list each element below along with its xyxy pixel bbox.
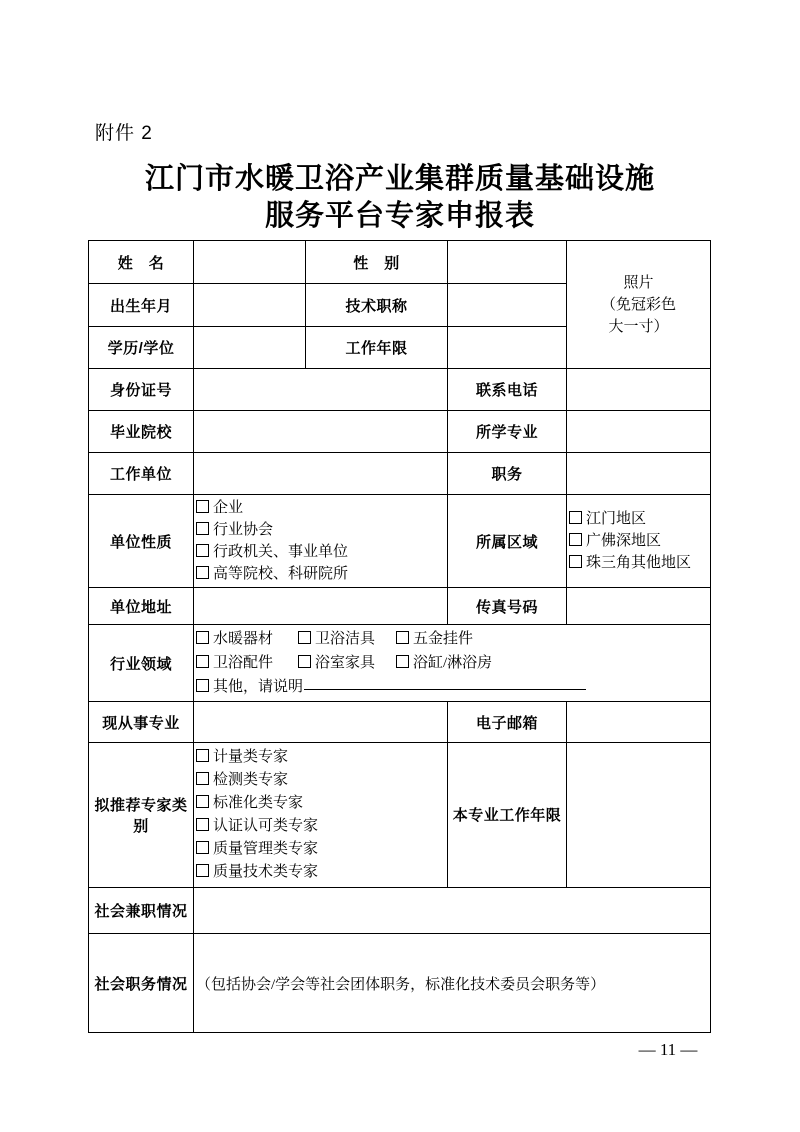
table-row: 单位地址 传真号码 [89, 588, 711, 625]
checkbox-icon [196, 795, 209, 808]
checkbox-option: 珠三角其他地区 [569, 552, 708, 574]
school-value [194, 411, 448, 453]
checkbox-icon [569, 555, 582, 568]
checkbox-icon [196, 544, 209, 557]
tech-title-label: 技术职称 [306, 284, 448, 327]
option-label: 其他，请说明 [213, 679, 303, 695]
checkbox-option: 卫浴配件 [196, 651, 298, 675]
option-label: 卫浴洁具 [315, 631, 375, 647]
checkbox-icon [196, 631, 209, 644]
application-form-table: 姓 名 性 别 照片 （免冠彩色 大一寸） 出生年月 技术职称 学历/学位 工作… [88, 240, 711, 1033]
checkbox-icon [196, 500, 209, 513]
id-number-label: 身份证号 [89, 369, 194, 411]
checkbox-option: 卫浴洁具 [298, 627, 396, 651]
industry-label: 行业领域 [89, 625, 194, 702]
checkbox-icon [396, 631, 409, 644]
industry-options: 水暖器材 卫浴洁具 五金挂件 卫浴配件 浴室家具 浴缸/淋浴房 其他，请说明 [194, 625, 711, 702]
industry-options-row2: 卫浴配件 浴室家具 浴缸/淋浴房 [196, 651, 708, 675]
document-page: 附件 2 江门市水暖卫浴产业集群质量基础设施 服务平台专家申报表 姓 名 性 别… [0, 0, 800, 1132]
table-row: 毕业院校 所学专业 [89, 411, 711, 453]
checkbox-icon [196, 749, 209, 762]
email-label: 电子邮箱 [448, 702, 567, 743]
checkbox-icon [298, 655, 311, 668]
checkbox-option: 行业协会 [196, 519, 445, 541]
attachment-label: 附件 2 [95, 118, 153, 145]
social-parttime-value [194, 888, 711, 934]
checkbox-icon [298, 631, 311, 644]
photo-note: 照片 （免冠彩色 大一寸） [569, 272, 708, 338]
option-label: 标准化类专家 [213, 795, 303, 811]
checkbox-option: 其他，请说明 [196, 675, 303, 699]
table-row: 姓 名 性 别 照片 （免冠彩色 大一寸） [89, 241, 711, 284]
table-row: 工作单位 职务 [89, 453, 711, 495]
form-title-line1: 江门市水暖卫浴产业集群质量基础设施 [0, 161, 800, 198]
unit-nature-options: 企业 行业协会 行政机关、事业单位 高等院校、科研院所 [194, 495, 448, 588]
major-work-years-value [567, 743, 711, 888]
photo-note-line1: 照片 [569, 272, 708, 294]
checkbox-option: 标准化类专家 [196, 792, 445, 815]
table-row: 身份证号 联系电话 [89, 369, 711, 411]
option-label: 检测类专家 [213, 772, 288, 788]
checkbox-icon [196, 864, 209, 877]
social-parttime-label: 社会兼职情况 [89, 888, 194, 934]
option-label: 企业 [213, 500, 243, 516]
option-label: 认证认可类专家 [213, 818, 318, 834]
table-row: 现从事专业 电子邮箱 [89, 702, 711, 743]
option-label: 浴室家具 [315, 655, 375, 671]
fill-in-line [304, 675, 586, 690]
checkbox-option: 认证认可类专家 [196, 815, 445, 838]
unit-nature-label: 单位性质 [89, 495, 194, 588]
region-options: 江门地区 广佛深地区 珠三角其他地区 [567, 495, 711, 588]
major-label: 所学专业 [448, 411, 567, 453]
table-row: 社会兼职情况 [89, 888, 711, 934]
gender-value [448, 241, 567, 284]
checkbox-option: 企业 [196, 497, 445, 519]
table-row: 单位性质 企业 行业协会 行政机关、事业单位 高等院校、科研院所 所属区域 江门… [89, 495, 711, 588]
option-label: 行政机关、事业单位 [213, 544, 348, 560]
social-position-note: （包括协会/学会等社会团体职务，标准化技术委员会职务等） [196, 977, 605, 993]
education-label: 学历/学位 [89, 327, 194, 369]
checkbox-icon [196, 818, 209, 831]
checkbox-option: 浴缸/淋浴房 [396, 651, 492, 675]
checkbox-icon [396, 655, 409, 668]
social-position-note-cell: （包括协会/学会等社会团体职务，标准化技术委员会职务等） [194, 934, 711, 1033]
phone-label: 联系电话 [448, 369, 567, 411]
photo-note-line3: 大一寸） [569, 316, 708, 338]
birth-value [194, 284, 306, 327]
current-major-value [194, 702, 448, 743]
checkbox-icon [196, 679, 209, 692]
photo-cell: 照片 （免冠彩色 大一寸） [567, 241, 711, 369]
employer-value [194, 453, 448, 495]
checkbox-icon [196, 522, 209, 535]
birth-label: 出生年月 [89, 284, 194, 327]
id-number-value [194, 369, 448, 411]
checkbox-option: 江门地区 [569, 508, 708, 530]
fax-label: 传真号码 [448, 588, 567, 625]
phone-value [567, 369, 711, 411]
option-label: 计量类专家 [213, 749, 288, 765]
checkbox-option: 浴室家具 [298, 651, 396, 675]
option-label: 高等院校、科研院所 [213, 566, 348, 582]
unit-address-label: 单位地址 [89, 588, 194, 625]
form-title-line2: 服务平台专家申报表 [0, 198, 800, 235]
option-label: 江门地区 [586, 511, 646, 527]
form-title: 江门市水暖卫浴产业集群质量基础设施 服务平台专家申报表 [0, 161, 800, 235]
position-value [567, 453, 711, 495]
employer-label: 工作单位 [89, 453, 194, 495]
page-number: — 11 — [628, 1040, 708, 1060]
industry-other-row: 其他，请说明 [196, 675, 708, 699]
work-years-value [448, 327, 567, 369]
checkbox-option: 检测类专家 [196, 769, 445, 792]
checkbox-icon [196, 841, 209, 854]
option-label: 卫浴配件 [213, 655, 273, 671]
checkbox-option: 高等院校、科研院所 [196, 563, 445, 585]
table-row: 社会职务情况 （包括协会/学会等社会团体职务，标准化技术委员会职务等） [89, 934, 711, 1033]
gender-label: 性 别 [306, 241, 448, 284]
industry-options-row1: 水暖器材 卫浴洁具 五金挂件 [196, 627, 708, 651]
expert-category-options: 计量类专家 检测类专家 标准化类专家 认证认可类专家 质量管理类专家 质量技术类… [194, 743, 448, 888]
major-work-years-label: 本专业工作年限 [448, 743, 567, 888]
checkbox-option: 计量类专家 [196, 746, 445, 769]
position-label: 职务 [448, 453, 567, 495]
work-years-label: 工作年限 [306, 327, 448, 369]
checkbox-option: 广佛深地区 [569, 530, 708, 552]
current-major-label: 现从事专业 [89, 702, 194, 743]
option-label: 水暖器材 [213, 631, 273, 647]
expert-category-label: 拟推荐专家类别 [89, 743, 194, 888]
checkbox-option: 质量技术类专家 [196, 861, 445, 884]
option-label: 质量技术类专家 [213, 864, 318, 880]
social-position-label: 社会职务情况 [89, 934, 194, 1033]
checkbox-option: 行政机关、事业单位 [196, 541, 445, 563]
option-label: 珠三角其他地区 [586, 555, 691, 571]
unit-address-value [194, 588, 448, 625]
education-value [194, 327, 306, 369]
checkbox-icon [196, 566, 209, 579]
photo-note-line2: （免冠彩色 [569, 294, 708, 316]
region-label: 所属区域 [448, 495, 567, 588]
major-value [567, 411, 711, 453]
table-row: 拟推荐专家类别 计量类专家 检测类专家 标准化类专家 认证认可类专家 质量管理类… [89, 743, 711, 888]
name-label: 姓 名 [89, 241, 194, 284]
option-label: 浴缸/淋浴房 [413, 655, 492, 671]
option-label: 广佛深地区 [586, 533, 661, 549]
name-value [194, 241, 306, 284]
fax-value [567, 588, 711, 625]
checkbox-option: 水暖器材 [196, 627, 298, 651]
checkbox-icon [569, 511, 582, 524]
option-label: 五金挂件 [413, 631, 473, 647]
checkbox-icon [569, 533, 582, 546]
checkbox-icon [196, 772, 209, 785]
checkbox-option: 质量管理类专家 [196, 838, 445, 861]
school-label: 毕业院校 [89, 411, 194, 453]
tech-title-value [448, 284, 567, 327]
table-row: 行业领域 水暖器材 卫浴洁具 五金挂件 卫浴配件 浴室家具 浴缸/淋浴房 其他，… [89, 625, 711, 702]
checkbox-icon [196, 655, 209, 668]
checkbox-option: 五金挂件 [396, 627, 473, 651]
email-value [567, 702, 711, 743]
option-label: 行业协会 [213, 522, 273, 538]
option-label: 质量管理类专家 [213, 841, 318, 857]
